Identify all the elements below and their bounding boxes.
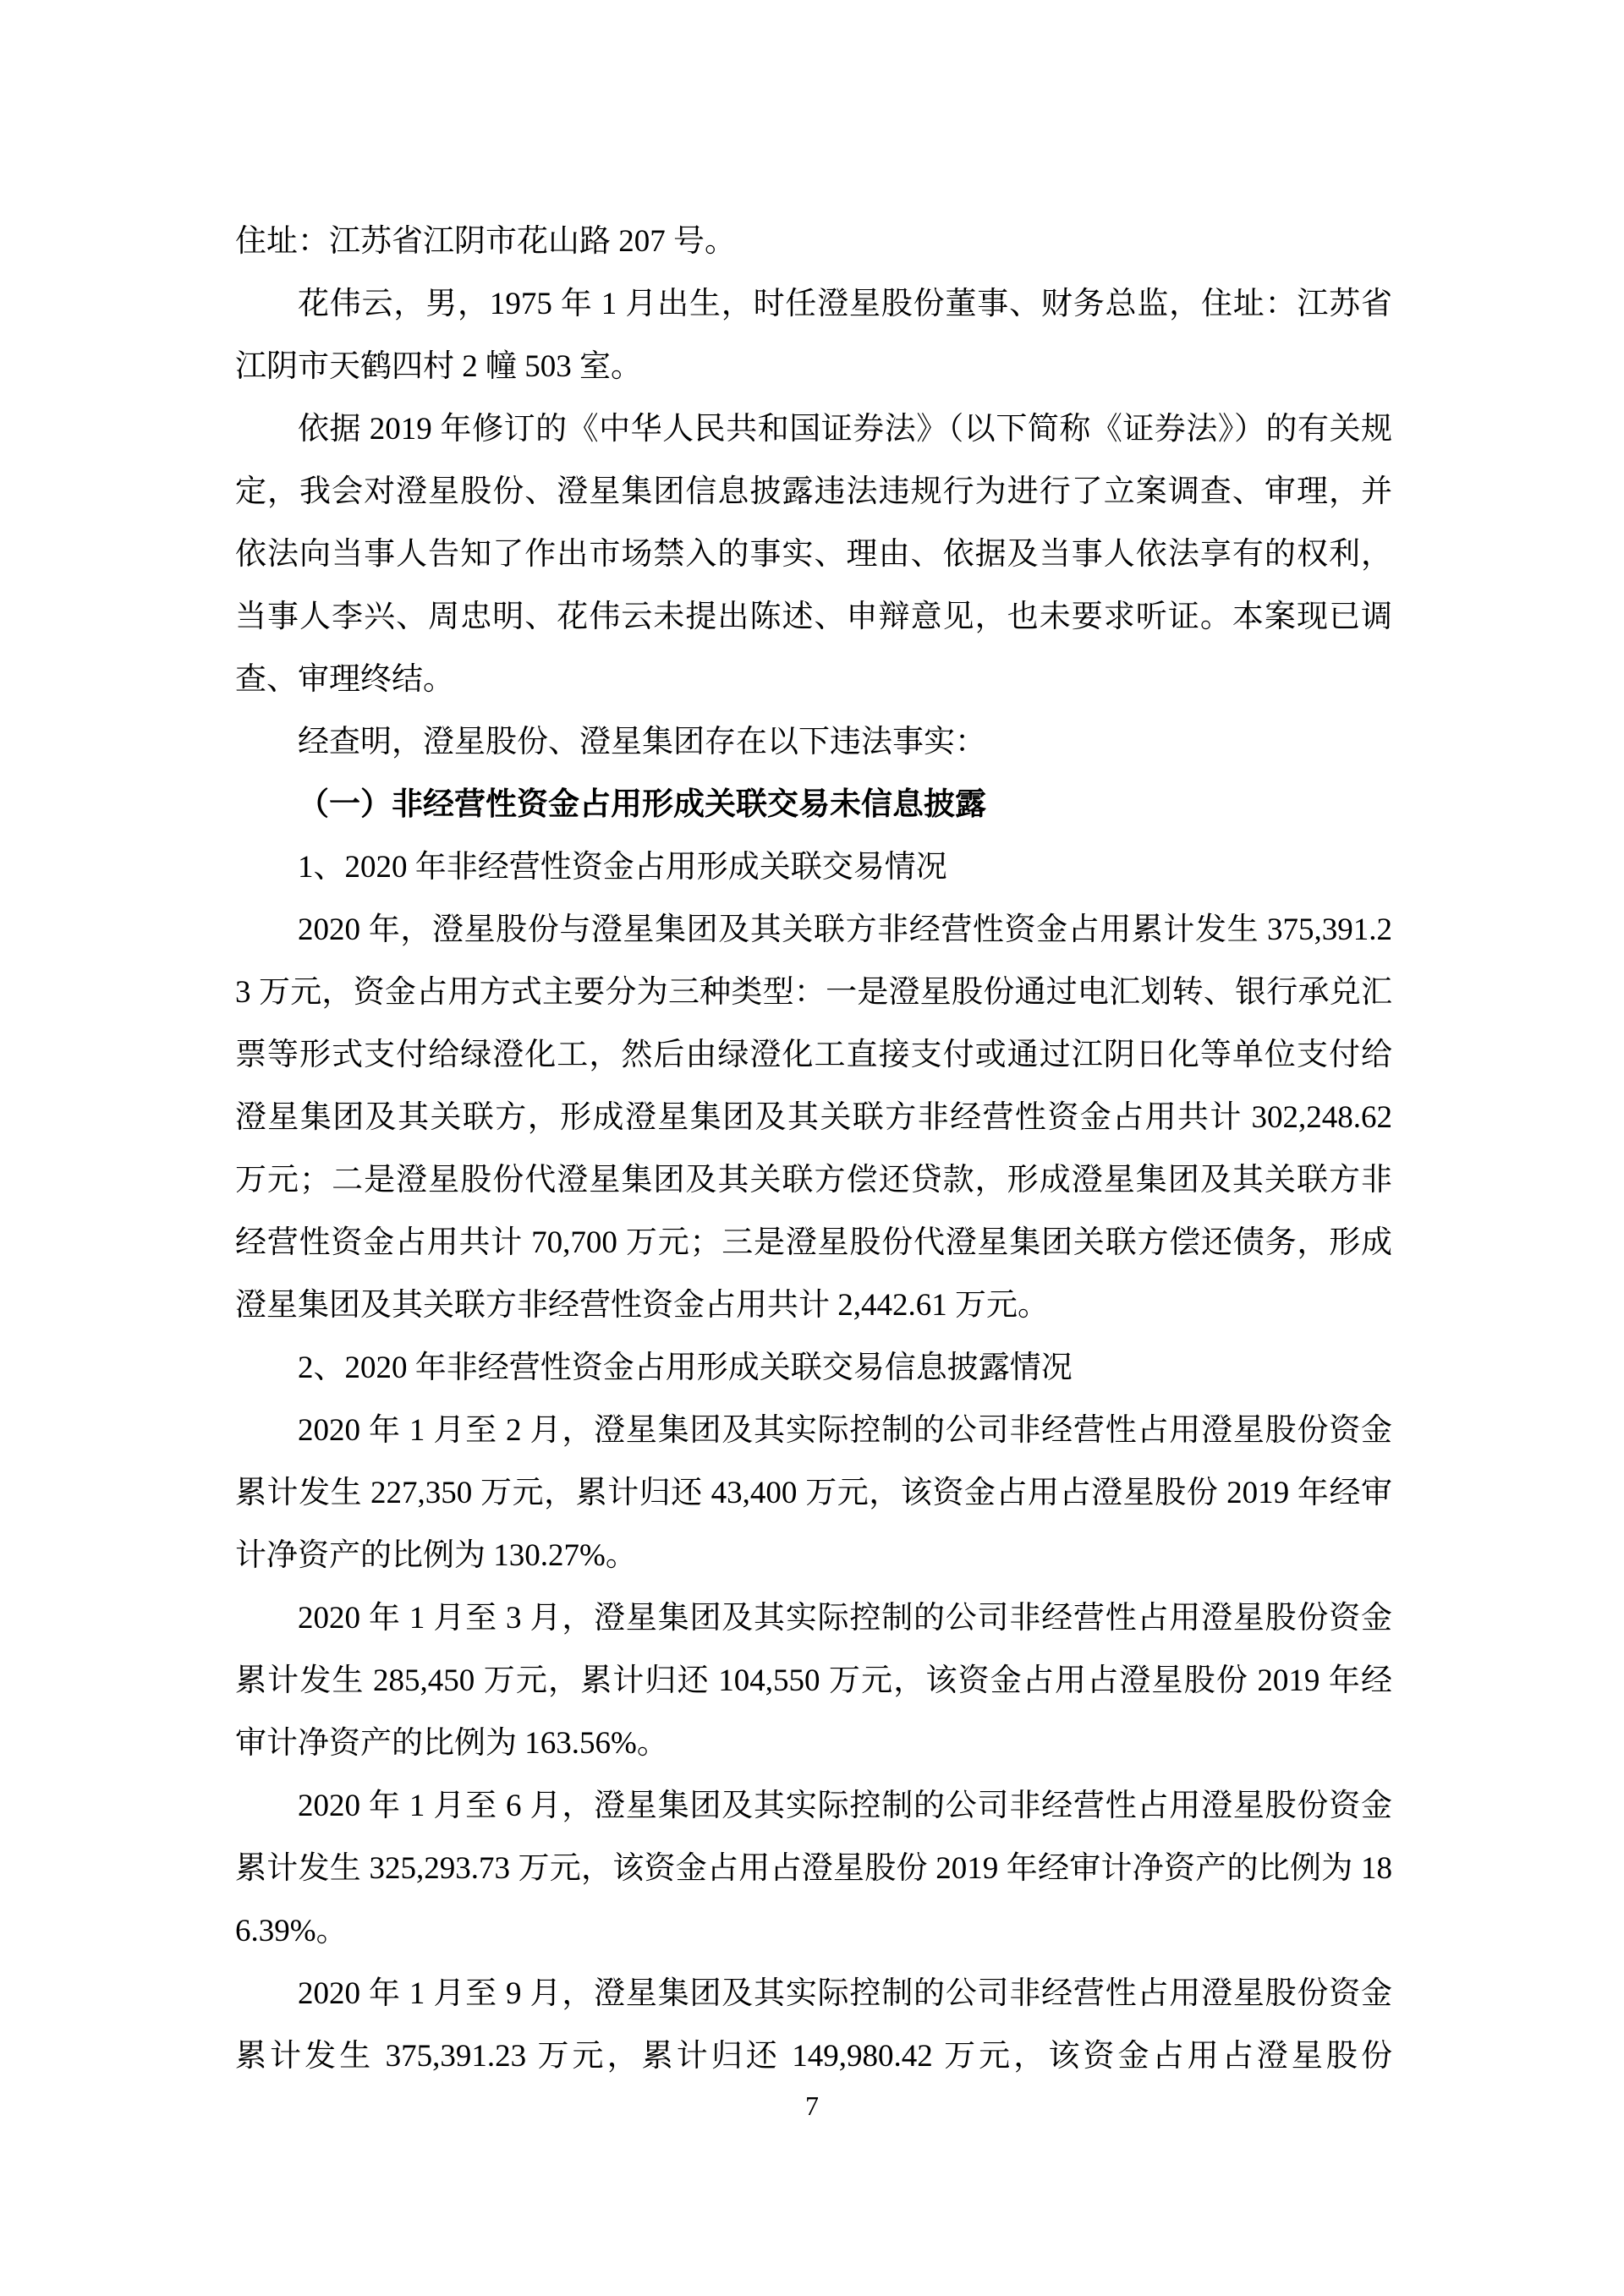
paragraph: 2020 年 1 月至 9 月，澄星集团及其实际控制的公司非经营性占用澄星股份资…	[235, 1963, 1392, 2088]
paragraph: 2、2020 年非经营性资金占用形成关联交易信息披露情况	[235, 1337, 1392, 1400]
document-body: 住址：江苏省江阴市花山路 207 号。花伟云，男，1975 年 1 月出生，时任…	[235, 211, 1392, 2088]
paragraph: （一）非经营性资金占用形成关联交易未信息披露	[235, 774, 1392, 836]
paragraph: 花伟云，男，1975 年 1 月出生，时任澄星股份董事、财务总监，住址：江苏省江…	[235, 273, 1392, 398]
paragraph: 2020 年 1 月至 3 月，澄星集团及其实际控制的公司非经营性占用澄星股份资…	[235, 1587, 1392, 1775]
paragraph: 2020 年 1 月至 6 月，澄星集团及其实际控制的公司非经营性占用澄星股份资…	[235, 1775, 1392, 1963]
paragraph: 经查明，澄星股份、澄星集团存在以下违法事实：	[235, 711, 1392, 774]
paragraph: 1、2020 年非经营性资金占用形成关联交易情况	[235, 836, 1392, 899]
paragraph: 2020 年 1 月至 2 月，澄星集团及其实际控制的公司非经营性占用澄星股份资…	[235, 1400, 1392, 1587]
page-number: 7	[0, 2087, 1624, 2124]
paragraph: 依据 2019 年修订的《中华人民共和国证券法》（以下简称《证券法》）的有关规定…	[235, 398, 1392, 711]
document-page: 住址：江苏省江阴市花山路 207 号。花伟云，男，1975 年 1 月出生，时任…	[0, 0, 1624, 2296]
paragraph: 住址：江苏省江阴市花山路 207 号。	[235, 211, 1392, 273]
paragraph: 2020 年，澄星股份与澄星集团及其关联方非经营性资金占用累计发生 375,39…	[235, 899, 1392, 1337]
